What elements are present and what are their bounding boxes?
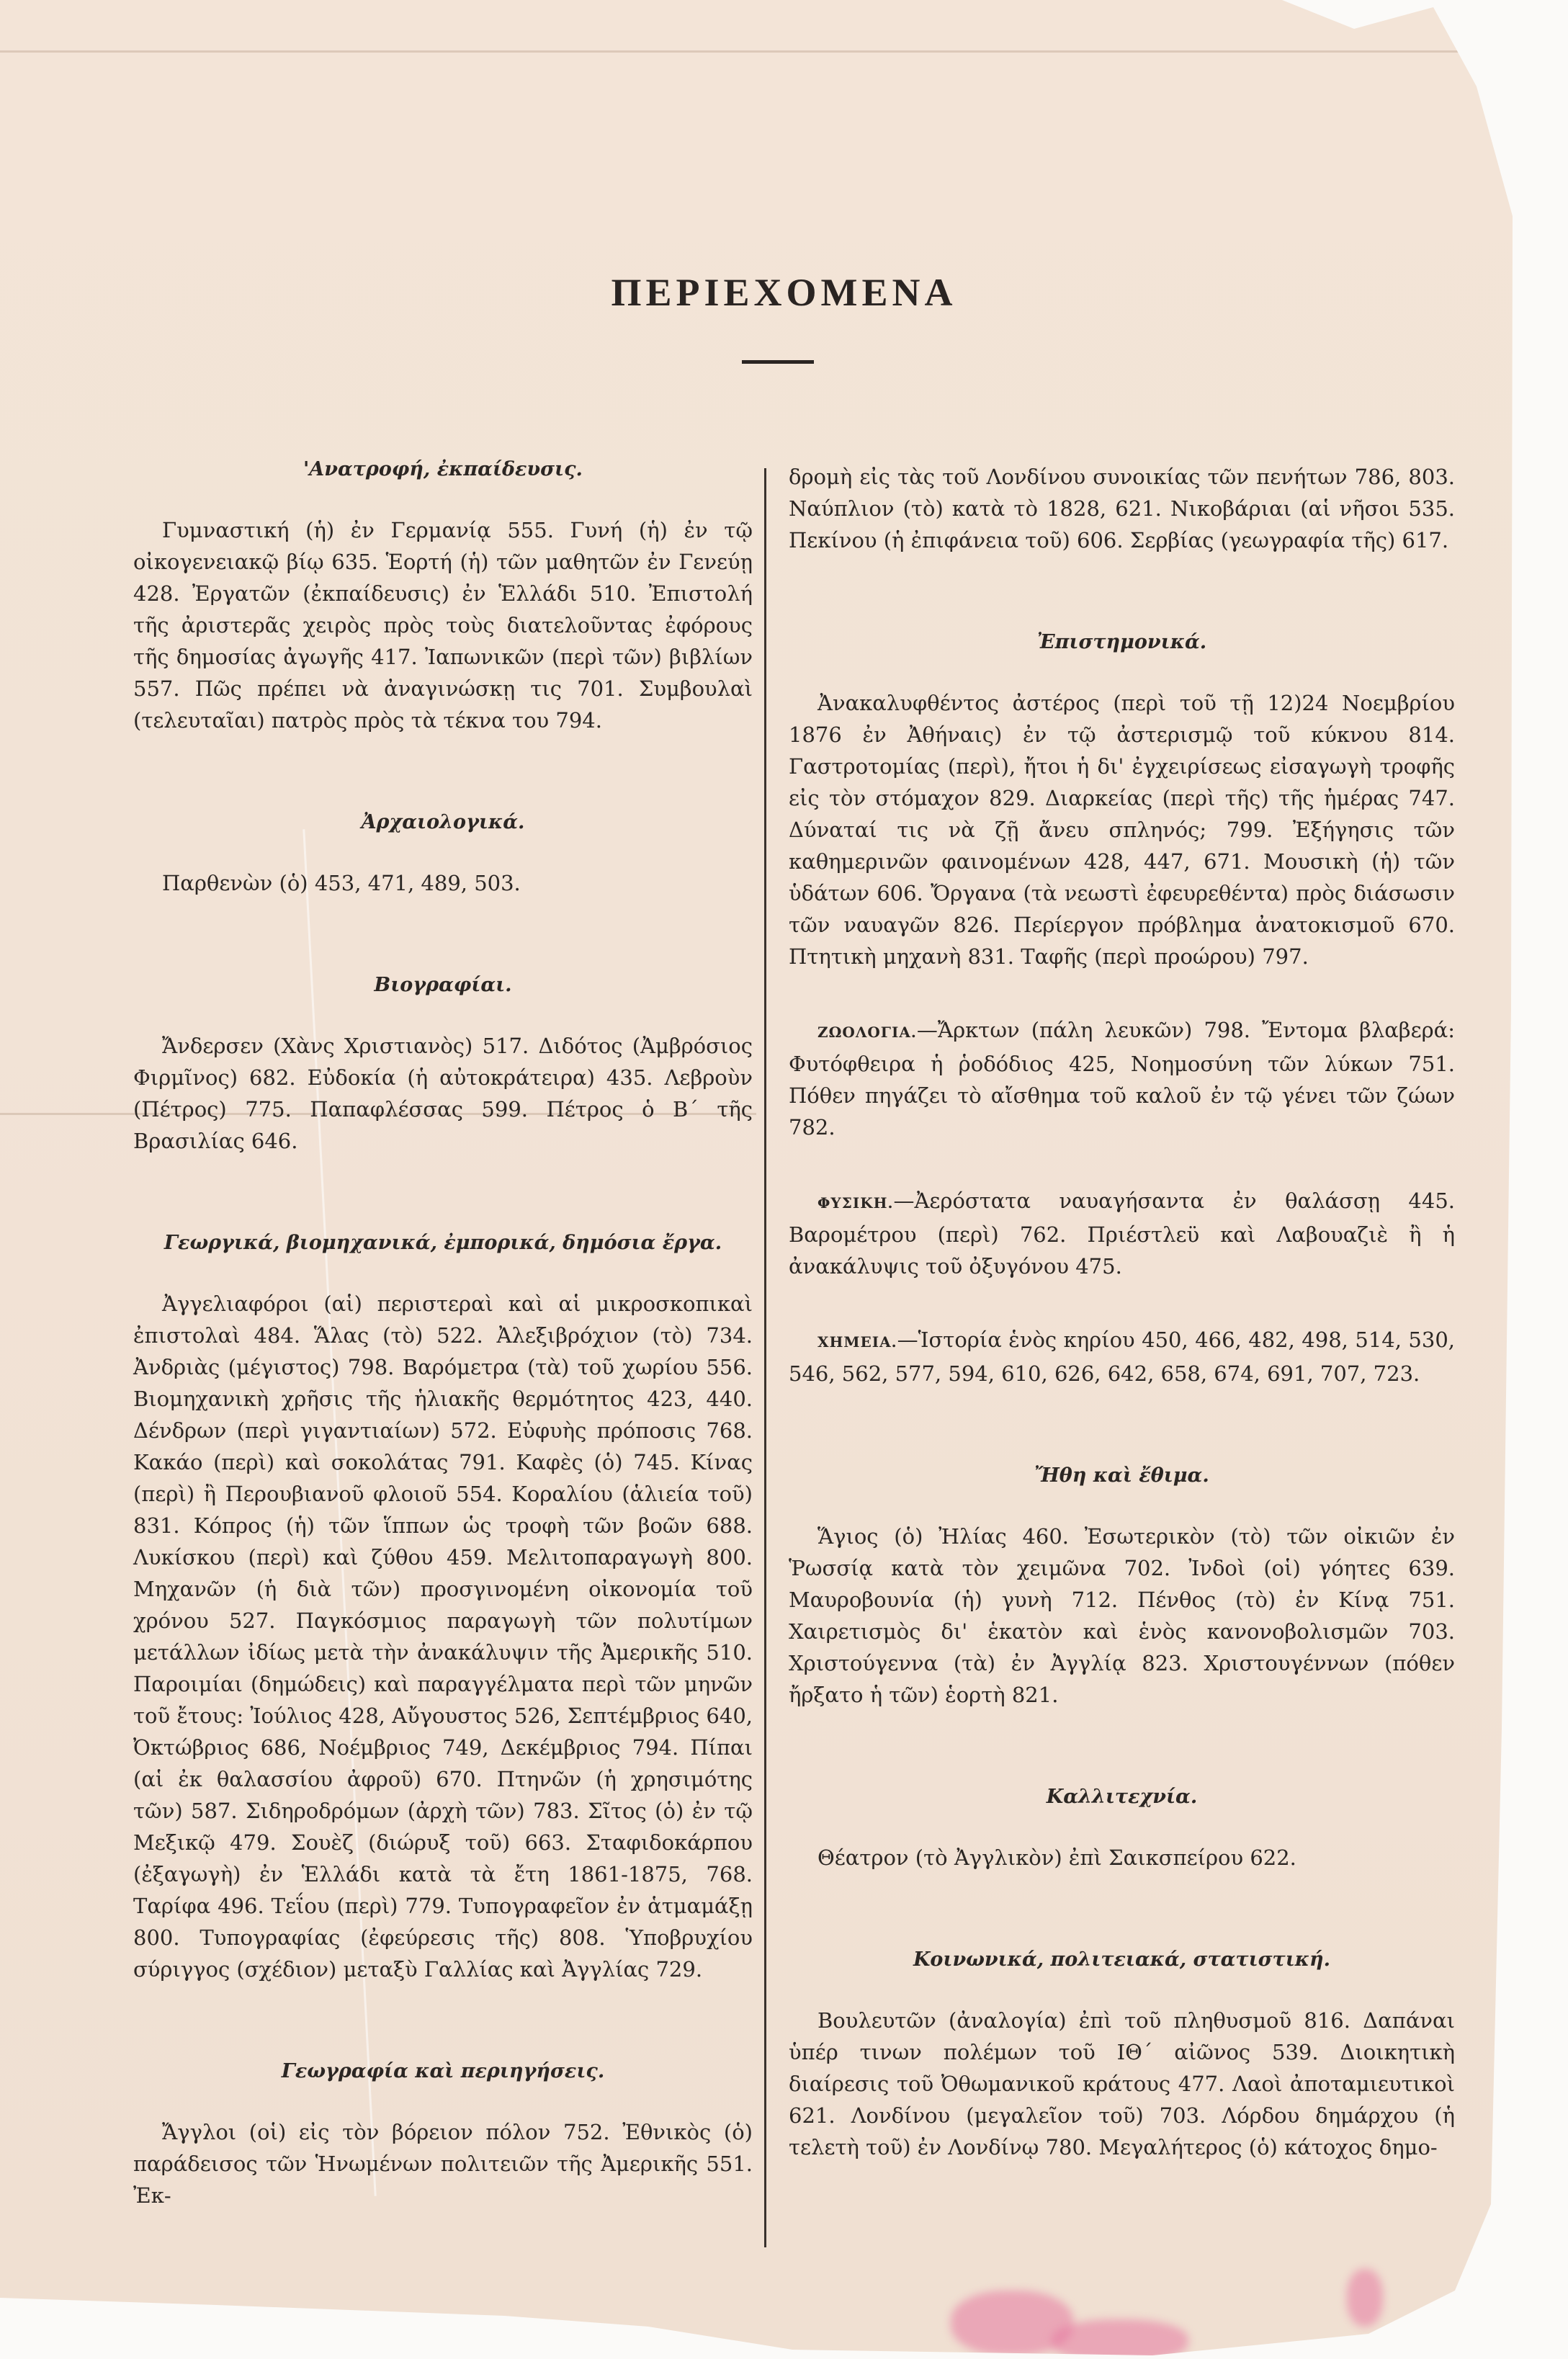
section-text-geography-travel: Ἄγγλοι (οἱ) εἰς τὸν βόρειον πόλον 752. Ἐ…	[133, 2116, 753, 2211]
section-text-customs: Ἅγιος (ὁ) Ἠλίας 460. Ἐσωτερικὸν (τὸ) τῶν…	[789, 1521, 1455, 1711]
subsection-label-physics: ΦΥΣΙΚΗ.	[817, 1194, 893, 1212]
section-heading-fine-arts: Καλλιτεχνία.	[789, 1781, 1455, 1813]
section-text-archaeology: Παρθενὼν (ὁ) 453, 471, 489, 503.	[133, 867, 753, 899]
section-heading-social-statistics: Κοινωνικά, πολιτειακά, στατιστική.	[789, 1944, 1455, 1976]
subsection-zoology: ΖΩΟΛΟΓΙΑ.—Ἄρκτων (πάλη λευκῶν) 798. Ἔντο…	[789, 1014, 1455, 1143]
column-divider	[764, 468, 766, 2247]
subsection-label-zoology: ΖΩΟΛΟΓΙΑ.	[817, 1024, 917, 1041]
pink-stain	[1052, 2319, 1188, 2359]
geography-continuation: δρομὴ εἰς τὰς τοῦ Λονδίνου συνοικίας τῶν…	[789, 461, 1455, 556]
section-text-agriculture-industry: Ἀγγελιαφόροι (αἱ) περιστεραὶ καὶ αἱ μικρ…	[133, 1288, 753, 1985]
subsection-label-chemistry: ΧΗΜΕΙΑ.	[817, 1333, 897, 1351]
subsection-chemistry: ΧΗΜΕΙΑ.—Ἱστορία ἑνὸς κηρίου 450, 466, 48…	[789, 1324, 1455, 1389]
section-text-science: Ἀνακαλυφθέντος ἀστέρος (περὶ τοῦ τῇ 12)2…	[789, 687, 1455, 972]
section-heading-biographies: Βιογραφίαι.	[133, 970, 753, 1001]
section-text-upbringing: Γυμναστική (ἡ) ἐν Γερμανίᾳ 555. Γυνή (ἡ)…	[133, 514, 753, 736]
page-title: ΠΕΡΙΕΧΟΜΕΝΑ	[0, 270, 1568, 315]
subsection-physics: ΦΥΣΙΚΗ.—Ἀερόστατα ναυαγήσαντα ἐν θαλάσσῃ…	[789, 1185, 1455, 1282]
title-rule	[742, 360, 814, 364]
section-heading-upbringing: 'Ανατροφή, ἐκπαίδευσις.	[133, 454, 753, 485]
left-column: 'Ανατροφή, ἐκπαίδευσις. Γυμναστική (ἡ) ἐ…	[133, 454, 753, 2211]
paper-crease	[0, 50, 1513, 53]
right-column: δρομὴ εἰς τὰς τοῦ Λονδίνου συνοικίας τῶν…	[789, 461, 1455, 2163]
section-heading-geography-travel: Γεωγραφία καὶ περιηγήσεις.	[133, 2056, 753, 2087]
section-heading-agriculture-industry: Γεωργικά, βιομηχανικά, ἐμπορικά, δημόσια…	[133, 1227, 753, 1259]
pink-stain	[1347, 2269, 1383, 2327]
section-heading-customs: Ἤθη καὶ ἔθιμα.	[789, 1460, 1455, 1492]
section-text-fine-arts: Θέατρον (τὸ Ἀγγλικὸν) ἐπὶ Σαικσπείρου 62…	[789, 1842, 1455, 1874]
section-text-social-statistics: Βουλευτῶν (ἀναλογία) ἐπὶ τοῦ πληθυσμοῦ 8…	[789, 2005, 1455, 2163]
section-heading-archaeology: Ἀρχαιολογικά.	[133, 807, 753, 838]
section-heading-science: Ἐπιστημονικά.	[789, 627, 1455, 658]
section-text-biographies: Ἄνδερσεν (Χὰνς Χριστιανὸς) 517. Διδότος …	[133, 1030, 753, 1157]
